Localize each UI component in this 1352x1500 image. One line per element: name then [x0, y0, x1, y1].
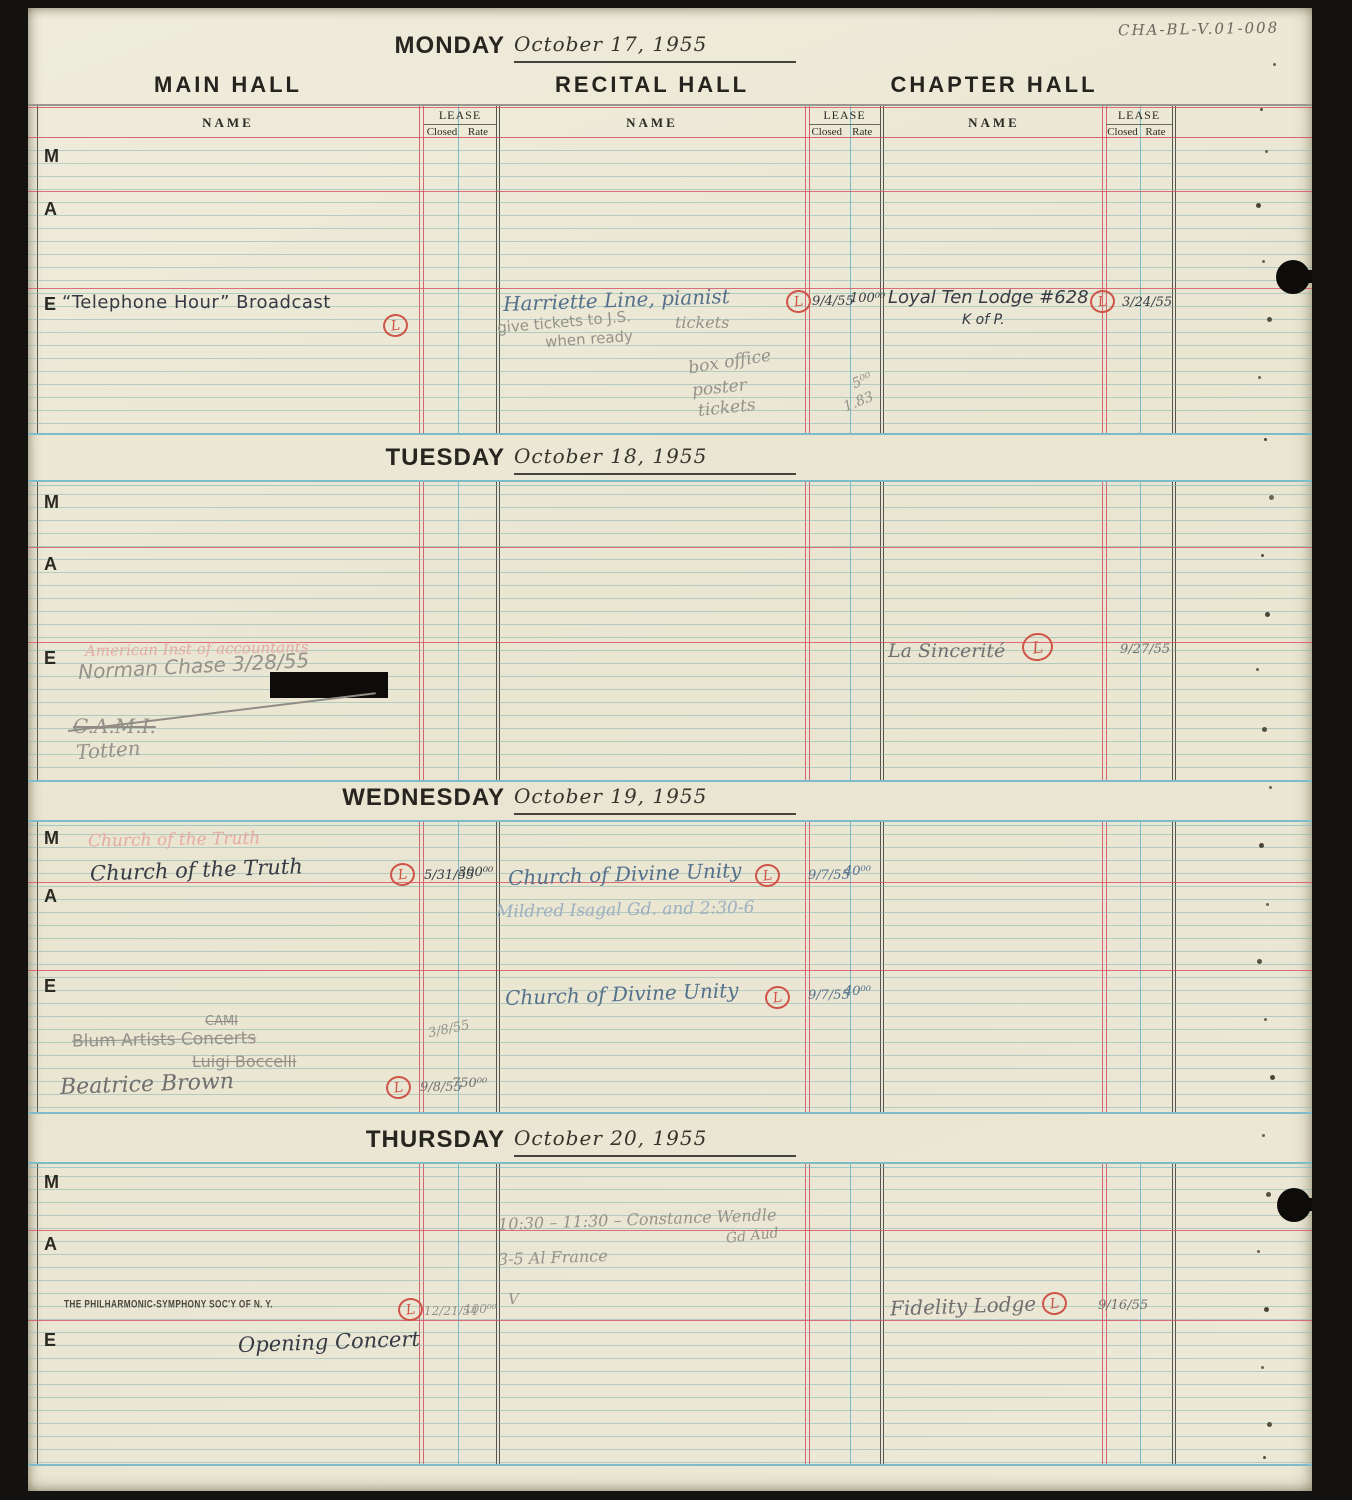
- row-label-afternoon: A: [44, 199, 57, 220]
- row-label-afternoon: A: [44, 1234, 57, 1255]
- note: box office: [687, 346, 773, 379]
- entry-chapter-org: K of P.: [962, 312, 1005, 328]
- entry-recital-evening: Church of Divine Unity: [505, 978, 739, 1010]
- name-header-main: NAME: [202, 115, 254, 131]
- day-title-wednesday: WEDNESDAY October 19, 1955: [28, 784, 1312, 820]
- lease-header-chapter: LEASE ClosedRate: [1106, 108, 1172, 138]
- row-label-evening: E: [44, 648, 56, 669]
- lease-mark: L: [389, 861, 417, 887]
- closed-date: 3/8/55: [427, 1018, 471, 1041]
- entry-main-evening: Beatrice Brown: [60, 1069, 235, 1100]
- scanned-ledger-page: { "page": { "archival_ref": "CHA-BL-V.01…: [0, 0, 1352, 1500]
- day-date-handwritten: October 18, 1955: [514, 444, 796, 475]
- closed-date: 9/27/55: [1120, 642, 1170, 657]
- column-header-row: NAME NAME NAME LEASE ClosedRate LEASE Cl…: [28, 104, 1312, 139]
- closed-date: 3/24/55: [1122, 295, 1172, 310]
- row-label-afternoon: A: [44, 886, 57, 907]
- note: Gd Aud: [725, 1225, 779, 1246]
- closed-date: 9/4/55: [812, 294, 854, 309]
- entry-main-morning: Church of the Truth: [90, 854, 304, 885]
- row-label-afternoon: A: [44, 554, 57, 575]
- row-label-morning: M: [44, 492, 59, 513]
- lease-mark: L: [1020, 631, 1055, 663]
- strike-line: [68, 692, 376, 732]
- entry-chapter-evening: La Sincerité: [888, 640, 1005, 662]
- note: Mildred Isagal Gd. and 2:30-6: [496, 898, 755, 923]
- entry-crossed-out: CAMI: [205, 1014, 238, 1029]
- entry-crossed-out: Blum Artists Concerts: [72, 1028, 257, 1051]
- rate: 40⁰⁰: [844, 984, 871, 999]
- day-label: THURSDAY: [28, 1126, 505, 1154]
- row-label-evening: E: [44, 294, 56, 315]
- binder-hole-stem: [1290, 270, 1312, 283]
- ledger-paper: CHA-BL-V.01-008 MONDAY October 17, 1955 …: [28, 8, 1312, 1491]
- name-header-recital: NAME: [626, 115, 678, 131]
- lease-mark: L: [754, 862, 782, 888]
- lease-mark: L: [1089, 288, 1117, 314]
- entry-chapter-evening: Loyal Ten Lodge #628: [888, 287, 1089, 308]
- note: V: [508, 1290, 519, 1308]
- rate: 750⁰⁰: [452, 1076, 487, 1091]
- lease-mark: L: [382, 312, 410, 338]
- day-label: MONDAY: [28, 32, 505, 60]
- closed-date: 9/16/55: [1098, 1298, 1148, 1313]
- row-label-evening: E: [44, 976, 56, 997]
- rate: 100⁰⁰: [850, 291, 885, 306]
- day-date-handwritten: October 19, 1955: [514, 784, 796, 815]
- philharmonic-stamp: THE PHILHARMONIC-SYMPHONY SOC'Y OF N. Y.: [64, 1298, 273, 1310]
- day-title-thursday: THURSDAY October 20, 1955: [28, 1126, 1312, 1162]
- binder-hole-stem: [1291, 1198, 1312, 1211]
- amount: 1.83: [841, 389, 876, 416]
- day-grid-monday: M A E “Telephone Hour” Broadcast L Harri…: [28, 137, 1312, 435]
- row-label-evening: E: [44, 1330, 56, 1351]
- edge-specks: [1260, 108, 1263, 111]
- amount: 5⁰⁰: [850, 370, 875, 392]
- lease-mark: L: [785, 288, 813, 314]
- day-date-handwritten: October 17, 1955: [514, 32, 796, 63]
- day-label: TUESDAY: [28, 444, 505, 472]
- rate: 40⁰⁰: [844, 864, 871, 879]
- entry-main-evening: Opening Concert: [238, 1327, 421, 1357]
- name-header-chapter: NAME: [968, 115, 1020, 131]
- entry-crossed-out: Luigi Boccelli: [192, 1052, 296, 1071]
- lease-mark: L: [397, 1296, 425, 1322]
- lease-mark: L: [1041, 1290, 1069, 1316]
- day-grid-wednesday: M A E Church of the Truth Church of the …: [28, 820, 1312, 1114]
- entry-faded-red: Church of the Truth: [88, 828, 261, 851]
- row-label-morning: M: [44, 1172, 59, 1193]
- note: 3-5 Al France: [498, 1246, 608, 1269]
- note: tickets: [675, 313, 729, 332]
- hall-title-recital: RECITAL HALL: [555, 72, 749, 98]
- entry-recital-afternoon: Church of Divine Unity: [508, 858, 742, 890]
- hall-title-chapter: CHAPTER HALL: [890, 72, 1097, 98]
- entry-main-evening: “Telephone Hour” Broadcast: [62, 292, 331, 313]
- row-label-morning: M: [44, 146, 59, 167]
- lease-mark: L: [385, 1074, 413, 1100]
- day-date-handwritten: October 20, 1955: [514, 1126, 796, 1157]
- entry-crossed-out: Totten: [75, 736, 141, 764]
- lease-mark: L: [764, 984, 792, 1010]
- lease-header-main: LEASE ClosedRate: [424, 108, 496, 138]
- row-label-morning: M: [44, 828, 59, 849]
- day-grid-tuesday: M A E American Inst of accountants Norma…: [28, 480, 1312, 782]
- lease-header-recital: LEASE ClosedRate: [809, 108, 880, 138]
- day-title-tuesday: TUESDAY October 18, 1955: [28, 444, 1312, 480]
- day-grid-thursday: M A E 10:30 – 11:30 – Constance Wendle G…: [28, 1162, 1312, 1466]
- rate: 300⁰⁰: [458, 865, 493, 880]
- day-label: WEDNESDAY: [28, 784, 505, 812]
- hall-title-main: MAIN HALL: [154, 72, 302, 98]
- day-title-monday: MONDAY October 17, 1955: [28, 32, 1312, 68]
- rate: 100⁰⁰: [464, 1302, 497, 1316]
- entry-chapter-evening: Fidelity Lodge: [890, 1291, 1037, 1320]
